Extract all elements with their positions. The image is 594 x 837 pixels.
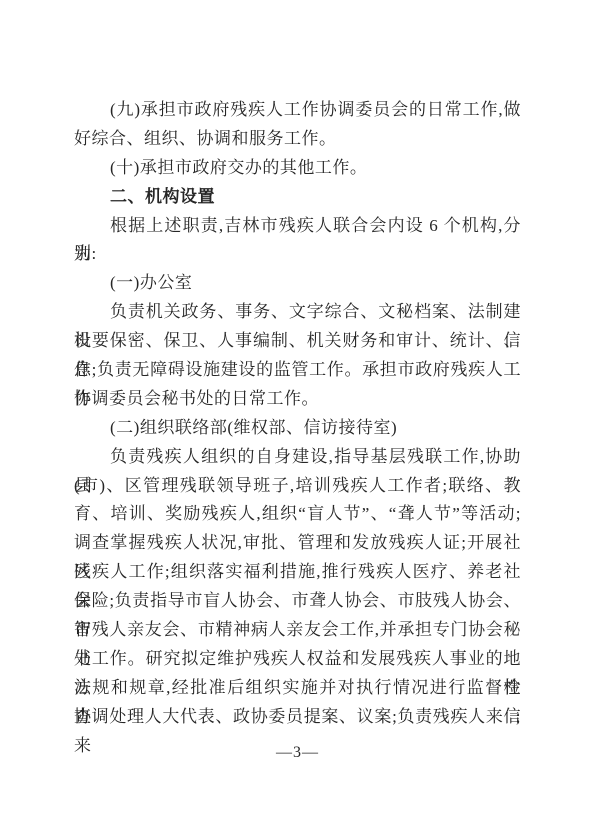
page-number: —3—	[74, 744, 521, 762]
document-body: (九)承担市政府残疾人工作协调委员会的日常工作,做好综合、组织、协调和服务工作。…	[74, 96, 521, 732]
text-line: 负责残疾人组织的自身建设,指导基层残联工作,协助县	[74, 443, 521, 472]
text-line: 作;负责无障碍设施建设的监管工作。承担市政府残疾人工作	[74, 356, 521, 385]
text-line: 保险;负责指导市盲人协会、市聋人协会、市肢残人协会、市	[74, 587, 521, 616]
text-line: (一)办公室	[74, 269, 521, 298]
section-heading: 二、机构设置	[74, 183, 521, 212]
text-line: 好综合、组织、协调和服务工作。	[74, 125, 521, 154]
document-page: (九)承担市政府残疾人工作协调委员会的日常工作,做好综合、组织、协调和服务工作。…	[0, 0, 594, 837]
text-line: 协调委员会秘书处的日常工作。	[74, 385, 521, 414]
text-line: 处工作。研究拟定维护残疾人权益和发展残疾人事业的地方性	[74, 645, 521, 674]
text-line: 根据上述职责,吉林市残疾人联合会内设 6 个机构,分别	[74, 212, 521, 241]
text-line: (市)、区管理残联领导班子,培训残疾人工作者;联络、教	[74, 472, 521, 501]
text-line: 协调处理人大代表、政协委员提案、议案;负责残疾人来信来	[74, 703, 521, 732]
text-line: (二)组织联络部(维权部、信访接待室)	[74, 414, 521, 443]
text-line: 法规和规章,经批准后组织实施并对执行情况进行监督检查;	[74, 674, 521, 703]
text-line: 为:	[74, 240, 521, 269]
text-line: 调查掌握残疾人状况,审批、管理和发放残疾人证;开展社区	[74, 529, 521, 558]
text-line: 育、培训、奖励残疾人,组织“盲人节”、“聋人节”等活动;	[74, 500, 521, 529]
text-line: (九)承担市政府残疾人工作协调委员会的日常工作,做	[74, 96, 521, 125]
text-line: 残疾人工作;组织落实福利措施,推行残疾人医疗、养老社会	[74, 558, 521, 587]
text-line: (十)承担市政府交办的其他工作。	[74, 154, 521, 183]
text-line: 智残人亲友会、市精神病人亲友会工作,并承担专门协会秘书	[74, 616, 521, 645]
text-line: 机要保密、保卫、人事编制、机关财务和审计、统计、信息工	[74, 327, 521, 356]
text-line: 负责机关政务、事务、文字综合、文秘档案、法制建设、	[74, 298, 521, 327]
